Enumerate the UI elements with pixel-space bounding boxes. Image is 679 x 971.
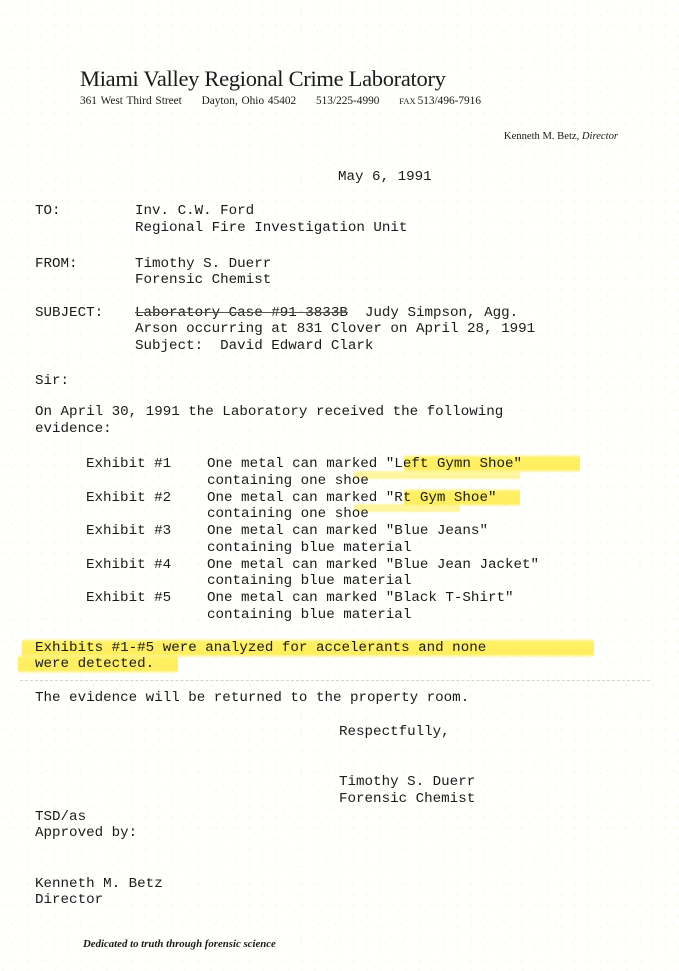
subject-case-number: Laboratory Case #91-3833B (135, 305, 348, 321)
exhibit-label: Exhibit #4 (86, 557, 171, 574)
exhibit-description: One metal can marked "Blue Jean Jacket" (207, 557, 539, 574)
exhibit-marking: "Blue Jeans" (386, 523, 488, 539)
exhibit-desc-prefix: One metal can marked (207, 490, 386, 506)
exhibit-desc-prefix: One metal can marked (207, 557, 386, 573)
from-line-1: Timothy S. Duerr (135, 256, 271, 273)
subject-line-2: Arson occurring at 831 Clover on April 2… (135, 321, 535, 338)
exhibit-marking: "Rt Gym Shoe" (386, 490, 497, 506)
director-title: Director (582, 131, 618, 142)
scan-artifact-rule (20, 680, 650, 681)
memo-date: May 6, 1991 (338, 169, 432, 186)
exhibit-label: Exhibit #1 (86, 456, 171, 473)
exhibit-label: Exhibit #5 (86, 590, 171, 607)
exhibit-contents: containing one shoe (207, 473, 369, 490)
intro-line-2: evidence: (35, 421, 112, 438)
exhibit-marking: "Black T-Shirt" (386, 590, 514, 606)
exhibit-marking: "Left Gymn Shoe" (386, 456, 522, 472)
phone: 513/225-4990 (316, 95, 379, 107)
fax-label: FAX (399, 96, 415, 106)
signer-name: Timothy S. Duerr (339, 774, 475, 791)
exhibit-label: Exhibit #3 (86, 523, 171, 540)
exhibit-description: One metal can marked "Black T-Shirt" (207, 590, 514, 607)
letterhead-title: Miami Valley Regional Crime Laboratory (80, 66, 446, 92)
letterhead-address: 361 West Third Street Dayton, Ohio 45402… (80, 95, 481, 107)
subject-line-3: Subject: David Edward Clark (135, 338, 373, 355)
to-label: TO: (35, 203, 61, 220)
exhibit-description: One metal can marked "Blue Jeans" (207, 523, 488, 540)
approved-label: Approved by: (35, 825, 137, 842)
initials: TSD/as (35, 809, 86, 826)
finding-line-1: Exhibits #1-#5 were analyzed for acceler… (35, 640, 486, 657)
director-name: Kenneth M. Betz, (504, 131, 579, 142)
from-line-2: Forensic Chemist (135, 272, 271, 289)
exhibit-contents: containing blue material (207, 573, 411, 590)
exhibit-contents: containing blue material (207, 607, 411, 624)
subject-victim: Judy Simpson, Agg. (348, 305, 518, 321)
to-line-2: Regional Fire Investigation Unit (135, 220, 407, 237)
subject-line-1: Laboratory Case #91-3833B Judy Simpson, … (135, 305, 518, 322)
approver-name: Kenneth M. Betz (35, 876, 163, 893)
city: Dayton, Ohio 45402 (202, 95, 297, 107)
exhibit-desc-prefix: One metal can marked (207, 456, 386, 472)
exhibit-marking: "Blue Jean Jacket" (386, 557, 539, 573)
exhibit-contents: containing blue material (207, 540, 411, 557)
exhibit-desc-prefix: One metal can marked (207, 523, 386, 539)
letterhead-director: Kenneth M. Betz, Director (504, 131, 618, 142)
exhibit-description: One metal can marked "Left Gymn Shoe" (207, 456, 522, 473)
exhibit-label: Exhibit #2 (86, 490, 171, 507)
fax: 513/496-7916 (418, 95, 481, 107)
exhibit-contents: containing one shoe (207, 506, 369, 523)
signer-title: Forensic Chemist (339, 791, 475, 808)
from-label: FROM: (35, 256, 78, 273)
exhibit-description: One metal can marked "Rt Gym Shoe" (207, 490, 496, 507)
street: 361 West Third Street (80, 95, 182, 107)
document-page: Miami Valley Regional Crime Laboratory 3… (0, 0, 679, 971)
footer-motto: Dedicated to truth through forensic scie… (83, 938, 276, 950)
valediction: Respectfully, (339, 724, 450, 741)
salutation: Sir: (35, 373, 69, 390)
approver-title: Director (35, 892, 103, 909)
intro-line-1: On April 30, 1991 the Laboratory receive… (35, 404, 503, 421)
finding-line-2: were detected. (35, 656, 154, 673)
subject-label: SUBJECT: (35, 305, 103, 322)
to-line-1: Inv. C.W. Ford (135, 203, 254, 220)
disposition: The evidence will be returned to the pro… (35, 690, 469, 707)
exhibit-desc-prefix: One metal can marked (207, 590, 386, 606)
